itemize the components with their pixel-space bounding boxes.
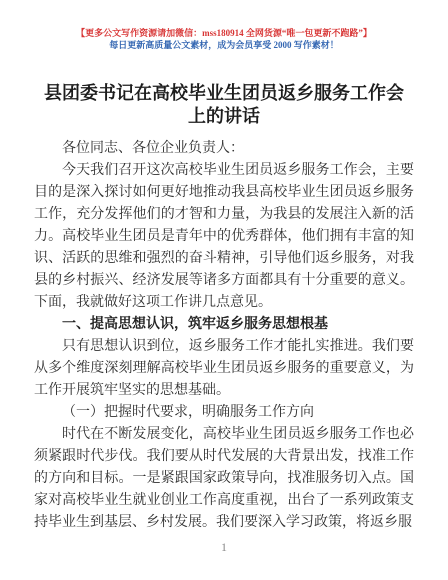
subsection-heading-1: （一）把握时代要求，明确服务工作方向 [34, 402, 414, 424]
ad-banner: 【更多公文写作资源请加微信：mss180914 全网货源“唯一包更新不跑路”】 … [0, 0, 448, 51]
paragraph-salutation: 各位同志、各位企业负责人： [34, 138, 414, 160]
paragraph-section-1: 只有思想认识到位，返乡服务工作才能扎实推进。我们要从多个维度深刻理解高校毕业生团… [34, 336, 414, 402]
paragraph-subsection-1: 时代在不断发展变化，高校毕业生团员返乡服务工作也必须紧跟时代步伐。我们要从时代发… [34, 424, 414, 534]
document-page: 【更多公文写作资源请加微信：mss180914 全网货源“唯一包更新不跑路”】 … [0, 0, 448, 580]
page-number: 1 [0, 540, 448, 555]
ad-line-2: 每日更新高质量公文素材，成为会员享受 2000 写作素材！ [0, 39, 448, 51]
ad-line-1: 【更多公文写作资源请加微信：mss180914 全网货源“唯一包更新不跑路”】 [0, 27, 448, 39]
paragraph-intro: 今天我们召开这次高校毕业生团员返乡服务工作会，主要目的是深入探讨如何更好地推动我… [34, 160, 414, 314]
section-heading-1: 一、提高思想认识，筑牢返乡服务思想根基 [34, 314, 414, 336]
document-body: 各位同志、各位企业负责人： 今天我们召开这次高校毕业生团员返乡服务工作会，主要目… [34, 138, 414, 534]
page-title: 县团委书记在高校毕业生团员返乡服务工作会上的讲话 [41, 82, 407, 128]
